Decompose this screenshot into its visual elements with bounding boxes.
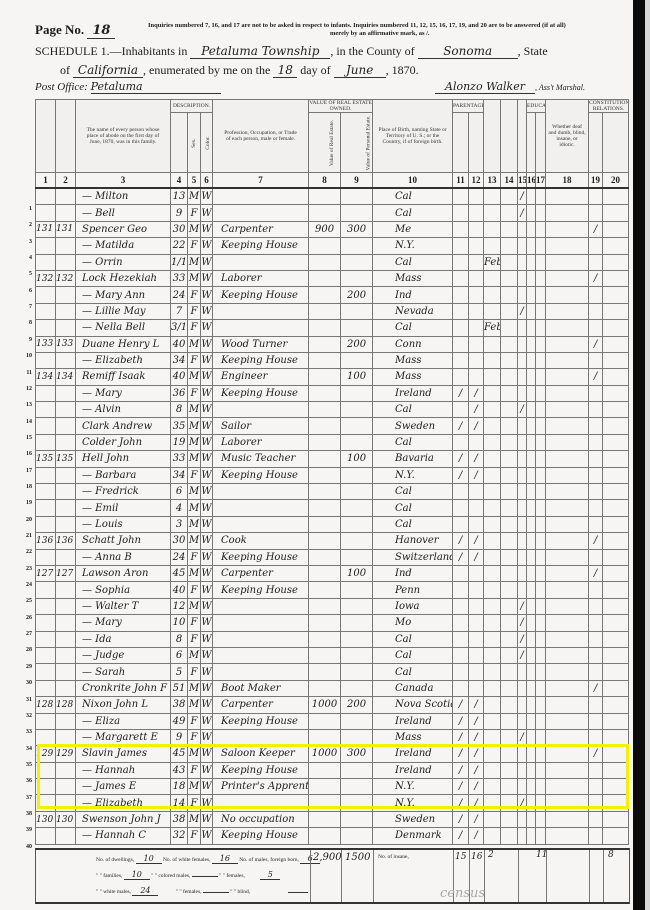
father-foreign — [453, 336, 469, 352]
age: 18 — [171, 779, 188, 795]
cannot-read — [527, 598, 536, 614]
occupation — [213, 631, 309, 647]
line-number: 17 — [14, 468, 32, 474]
born-in-year — [484, 664, 501, 680]
mother-foreign: / — [469, 828, 484, 844]
real-estate-value — [309, 484, 341, 500]
vote-denied — [603, 385, 629, 401]
family-number — [56, 729, 76, 745]
born-in-year — [484, 270, 501, 286]
dwelling-number — [36, 484, 56, 500]
vote-denied — [603, 828, 629, 844]
personal-estate-value — [341, 402, 373, 418]
person-name: Cronkrite John F — [76, 680, 171, 696]
occupation — [213, 664, 309, 680]
vote-denied — [603, 647, 629, 663]
cannot-read — [527, 352, 536, 368]
census-row: Clark Andrew35MWSailorSweden// — [36, 418, 629, 434]
vote-denied — [603, 270, 629, 286]
attended-school — [518, 336, 527, 352]
mother-foreign — [469, 320, 484, 336]
age: 38 — [171, 697, 188, 713]
dwellings-label: No. of dwellings, — [96, 857, 134, 863]
person-name: Colder John — [76, 434, 171, 450]
sex: F — [188, 303, 201, 319]
married-in-year — [501, 418, 518, 434]
birthplace: Cal — [373, 254, 453, 270]
color: W — [201, 467, 213, 483]
male-citizen: / — [589, 369, 603, 385]
cannot-write — [536, 434, 546, 450]
disability — [546, 205, 589, 221]
mother-foreign: / — [469, 713, 484, 729]
disability — [546, 779, 589, 795]
birthplace: Cal — [373, 434, 453, 450]
father-foreign: / — [453, 811, 469, 827]
col-num: 2 — [56, 173, 76, 189]
male-citizen — [589, 287, 603, 303]
col-num: 17 — [536, 173, 546, 189]
attended-school: / — [518, 729, 527, 745]
male-citizen — [589, 254, 603, 270]
dwelling-number: 128 — [36, 697, 56, 713]
attended-school — [518, 582, 527, 598]
born-in-year — [484, 828, 501, 844]
married-in-year — [501, 500, 518, 516]
disability — [546, 467, 589, 483]
family-number — [56, 828, 76, 844]
attended-school — [518, 664, 527, 680]
mother-foreign — [469, 287, 484, 303]
cannot-write — [536, 418, 546, 434]
person-name: — Barbara — [76, 467, 171, 483]
real-estate-value — [309, 500, 341, 516]
real-estate-value — [309, 779, 341, 795]
personal-estate-value — [341, 779, 373, 795]
colored-females-label: " " females, — [176, 889, 202, 895]
family-number — [56, 188, 76, 205]
born-in-year — [484, 451, 501, 467]
personal-estate-value — [341, 434, 373, 450]
line-number: 14 — [14, 419, 32, 425]
sex: F — [188, 205, 201, 221]
census-row: — Mary36FWKeeping HouseIreland// — [36, 385, 629, 401]
disability — [546, 828, 589, 844]
birthplace: Ireland — [373, 713, 453, 729]
cannot-write — [536, 287, 546, 303]
personal-estate-value — [341, 303, 373, 319]
personal-estate-value — [341, 484, 373, 500]
dwelling-number — [36, 402, 56, 418]
dwelling-number — [36, 385, 56, 401]
color: W — [201, 631, 213, 647]
col-num: 18 — [546, 173, 589, 189]
male-citizen — [589, 795, 603, 811]
real-estate-value — [309, 729, 341, 745]
col-header-dwelling: Dwelling-houses, numbered in the order o… — [36, 100, 56, 173]
mother-foreign: / — [469, 795, 484, 811]
sex: M — [188, 680, 201, 696]
father-foreign — [453, 647, 469, 663]
vote-denied — [603, 500, 629, 516]
father-foreign — [453, 352, 469, 368]
attended-school — [518, 516, 527, 532]
cannot-write — [536, 238, 546, 254]
col-header-disability: Whether deaf and dumb, blind, insane, or… — [546, 100, 589, 173]
married-in-year — [501, 402, 518, 418]
personal-estate-value — [341, 385, 373, 401]
census-row: 134134Remiff Isaak40MWEngineer100Mass/ — [36, 369, 629, 385]
cannot-write — [536, 303, 546, 319]
census-row: 132132Lock Hezekiah33MWLaborerMass/ — [36, 270, 629, 286]
census-row: — Elizabeth14FWN.Y./// — [36, 795, 629, 811]
dwelling-number — [36, 549, 56, 565]
birthplace: Mo — [373, 615, 453, 631]
vote-denied — [603, 680, 629, 696]
vote-denied — [603, 533, 629, 549]
cannot-read — [527, 565, 536, 581]
married-in-year — [501, 697, 518, 713]
disability — [546, 533, 589, 549]
married-in-year — [501, 565, 518, 581]
married-in-year — [501, 451, 518, 467]
family-number — [56, 320, 76, 336]
disability — [546, 615, 589, 631]
cannot-write — [536, 582, 546, 598]
census-row: — Sarah5FWCal — [36, 664, 629, 680]
real-estate-value: 900 — [309, 221, 341, 237]
occupation: Carpenter — [213, 221, 309, 237]
birthplace: Cal — [373, 664, 453, 680]
dwelling-number — [36, 664, 56, 680]
dwelling-number — [36, 762, 56, 778]
line-number: 16 — [14, 451, 32, 457]
real-estate-value — [309, 631, 341, 647]
male-citizen: / — [589, 221, 603, 237]
summary-block: No. of dwellings, 10 No. of white female… — [35, 848, 630, 904]
born-in-year — [484, 500, 501, 516]
census-row: — Bell9FWCal/ — [36, 205, 629, 221]
census-row: — Margarett E9FWMass/// — [36, 729, 629, 745]
cannot-read — [527, 418, 536, 434]
real-estate-value — [309, 467, 341, 483]
cannot-read — [527, 697, 536, 713]
family-number: 127 — [56, 565, 76, 581]
age: 8 — [171, 631, 188, 647]
person-name: — Emil — [76, 500, 171, 516]
birthplace: Cal — [373, 402, 453, 418]
sex: F — [188, 713, 201, 729]
real-estate-value — [309, 418, 341, 434]
cannot-write — [536, 221, 546, 237]
cannot-read — [527, 680, 536, 696]
age: 12 — [171, 598, 188, 614]
cannot-write — [536, 828, 546, 844]
post-office-label: Post Office: — [35, 81, 88, 93]
person-name: — Mary — [76, 615, 171, 631]
married-in-year — [501, 647, 518, 663]
line-number: 15 — [14, 435, 32, 441]
real-estate-value — [309, 270, 341, 286]
col-num: 8 — [309, 173, 341, 189]
cannot-write — [536, 205, 546, 221]
born-in-year: Feb — [484, 254, 501, 270]
census-row: — Hannah C32FWKeeping HouseDenmark// — [36, 828, 629, 844]
age: 13 — [171, 188, 188, 205]
census-row: 129129Slavin James45MWSaloon Keeper10003… — [36, 746, 629, 762]
disability — [546, 369, 589, 385]
occupation — [213, 484, 309, 500]
col-header-cannot-read: Cannot read. — [527, 113, 536, 173]
age: 1/12 — [171, 254, 188, 270]
line-number: 27 — [14, 631, 32, 637]
col-group-education: EDUCATION. — [527, 100, 546, 113]
personal-estate-value: 200 — [341, 336, 373, 352]
color: W — [201, 549, 213, 565]
line-number: 5 — [14, 271, 32, 277]
scan-margin — [645, 0, 650, 910]
dwelling-number: 135 — [36, 451, 56, 467]
vote-denied — [603, 434, 629, 450]
born-in-year — [484, 779, 501, 795]
male-citizen — [589, 697, 603, 713]
occupation — [213, 303, 309, 319]
family-number — [56, 352, 76, 368]
dwelling-number — [36, 582, 56, 598]
married-in-year — [501, 385, 518, 401]
personal-estate-value — [341, 680, 373, 696]
male-citizen — [589, 418, 603, 434]
col-header-married-year: If married within the year, state month. — [501, 100, 518, 173]
census-row: 127127Lawson Aron45MWCarpenter100Ind/ — [36, 565, 629, 581]
born-in-year — [484, 287, 501, 303]
dwelling-number — [36, 254, 56, 270]
occupation: Laborer — [213, 270, 309, 286]
real-estate-value — [309, 598, 341, 614]
attended-school — [518, 221, 527, 237]
birthplace: Sweden — [373, 811, 453, 827]
dwelling-number — [36, 188, 56, 205]
mother-foreign — [469, 582, 484, 598]
dwelling-number — [36, 467, 56, 483]
attended-school — [518, 369, 527, 385]
col-header-real-estate: Value of Real Estate. — [309, 113, 341, 173]
birthplace: Denmark — [373, 828, 453, 844]
male-citizen — [589, 549, 603, 565]
personal-estate-value — [341, 664, 373, 680]
dwelling-number: 136 — [36, 533, 56, 549]
male-citizen: / — [589, 336, 603, 352]
sex: F — [188, 238, 201, 254]
male-citizen — [589, 647, 603, 663]
age: 45 — [171, 746, 188, 762]
male-citizen: / — [589, 680, 603, 696]
marshal-label: , Ass't Marshal. — [535, 83, 585, 92]
sex: M — [188, 779, 201, 795]
married-in-year — [501, 270, 518, 286]
birthplace: Penn — [373, 582, 453, 598]
col-num: 15 — [518, 173, 527, 189]
family-number: 128 — [56, 697, 76, 713]
dwelling-number: 129 — [36, 746, 56, 762]
age: 3/12 — [171, 320, 188, 336]
census-row: 133133Duane Henry L40MWWood Turner200Con… — [36, 336, 629, 352]
personal-estate-value: 100 — [341, 565, 373, 581]
color: W — [201, 205, 213, 221]
col-header-father-foreign: Father of foreign birth. — [453, 113, 469, 173]
occupation — [213, 598, 309, 614]
father-foreign — [453, 664, 469, 680]
col-num: 16 — [527, 173, 536, 189]
colored-females-count — [203, 892, 229, 893]
cannot-read — [527, 795, 536, 811]
foreign-males-label: No. of males, foreign born, — [239, 857, 299, 863]
personal-estate-value — [341, 418, 373, 434]
family-number — [56, 762, 76, 778]
person-name: — Hannah — [76, 762, 171, 778]
sex: F — [188, 828, 201, 844]
personal-estate-value — [341, 811, 373, 827]
vote-denied — [603, 746, 629, 762]
disability — [546, 270, 589, 286]
col-header-vote-denied: Male Citizens of U.S. of 21 years of age… — [603, 113, 629, 173]
occupation — [213, 615, 309, 631]
census-row: 131131Spencer Geo30MWCarpenter900300Me/ — [36, 221, 629, 237]
cannot-write — [536, 516, 546, 532]
mother-foreign — [469, 516, 484, 532]
line-number: 35 — [14, 762, 32, 768]
sex: F — [188, 729, 201, 745]
age: 34 — [171, 352, 188, 368]
birthplace: Cal — [373, 320, 453, 336]
cannot-write — [536, 533, 546, 549]
summary-line-1: No. of dwellings, 10 No. of white female… — [96, 854, 320, 864]
family-number — [56, 484, 76, 500]
color: W — [201, 221, 213, 237]
real-estate-total: 2,900 — [313, 852, 342, 863]
cannot-read — [527, 811, 536, 827]
age: 4 — [171, 500, 188, 516]
birthplace: N.Y. — [373, 795, 453, 811]
family-number — [56, 549, 76, 565]
married-in-year — [501, 434, 518, 450]
schedule-label: SCHEDULE 1.—Inhabitants in — [35, 44, 187, 58]
cannot-read — [527, 664, 536, 680]
attended-school — [518, 320, 527, 336]
vote-denied — [603, 418, 629, 434]
real-estate-value — [309, 385, 341, 401]
dwelling-number: 127 — [36, 565, 56, 581]
color: W — [201, 484, 213, 500]
cannot-write — [536, 188, 546, 205]
birthplace: Cal — [373, 516, 453, 532]
dwelling-number — [36, 500, 56, 516]
line-number: 10 — [14, 353, 32, 359]
mother-foreign — [469, 434, 484, 450]
disability — [546, 451, 589, 467]
disability — [546, 402, 589, 418]
disability — [546, 762, 589, 778]
census-page: Page No. 18 Inquiries numbered 7, 16, an… — [0, 0, 633, 910]
mother-foreign — [469, 484, 484, 500]
born-in-year — [484, 680, 501, 696]
real-estate-value — [309, 664, 341, 680]
married-in-year — [501, 287, 518, 303]
families-count: 10 — [124, 870, 150, 880]
person-name: — James E — [76, 779, 171, 795]
disability — [546, 320, 589, 336]
born-in-year — [484, 467, 501, 483]
cannot-write — [536, 598, 546, 614]
attended-school: / — [518, 631, 527, 647]
line-number: 40 — [14, 844, 32, 850]
line-number: 23 — [14, 566, 32, 572]
age: 30 — [171, 221, 188, 237]
cannot-write — [536, 680, 546, 696]
dwellings-count: 10 — [136, 854, 162, 864]
real-estate-value — [309, 320, 341, 336]
dwelling-number: 132 — [36, 270, 56, 286]
vote-denied — [603, 598, 629, 614]
sex: M — [188, 811, 201, 827]
born-in-year: Feb — [484, 320, 501, 336]
mother-foreign — [469, 631, 484, 647]
disability — [546, 664, 589, 680]
disability — [546, 746, 589, 762]
real-estate-value — [309, 713, 341, 729]
sex: M — [188, 500, 201, 516]
father-foreign: / — [453, 779, 469, 795]
sex: M — [188, 336, 201, 352]
cannot-write — [536, 500, 546, 516]
vote-denied — [603, 615, 629, 631]
cannot-read — [527, 336, 536, 352]
col-num: 6 — [201, 173, 213, 189]
column-number-row: 1 2 3 4 5 6 7 8 9 10 11 12 13 14 15 16 1 — [36, 173, 629, 189]
real-estate-value — [309, 615, 341, 631]
birthplace: Mass — [373, 369, 453, 385]
census-row: Cronkrite John F51MWBoot MakerCanada/ — [36, 680, 629, 696]
cannot-read — [527, 385, 536, 401]
mother-foreign: / — [469, 811, 484, 827]
month-value: June — [334, 63, 386, 78]
real-estate-value — [309, 565, 341, 581]
family-number — [56, 664, 76, 680]
color: W — [201, 516, 213, 532]
color: W — [201, 615, 213, 631]
color: W — [201, 680, 213, 696]
col-group-value: VALUE OF REAL ESTATE OWNED. — [309, 100, 373, 113]
marshal-signature: Alonzo Walker — [435, 80, 535, 94]
col-header-sex: Sex. — [188, 113, 201, 173]
line-number: 11 — [14, 370, 32, 376]
cannot-write — [536, 795, 546, 811]
male-citizen — [589, 451, 603, 467]
mother-foreign-total: 16 — [471, 852, 482, 862]
occupation: Cook — [213, 533, 309, 549]
born-in-year — [484, 303, 501, 319]
male-citizen: / — [589, 533, 603, 549]
sex: M — [188, 697, 201, 713]
mother-foreign — [469, 369, 484, 385]
year-value: , 1870. — [386, 63, 419, 77]
personal-estate-value — [341, 188, 373, 205]
father-foreign: / — [453, 762, 469, 778]
family-number — [56, 680, 76, 696]
birthplace: Cal — [373, 631, 453, 647]
personal-estate-value: 100 — [341, 369, 373, 385]
line-number: 29 — [14, 664, 32, 670]
